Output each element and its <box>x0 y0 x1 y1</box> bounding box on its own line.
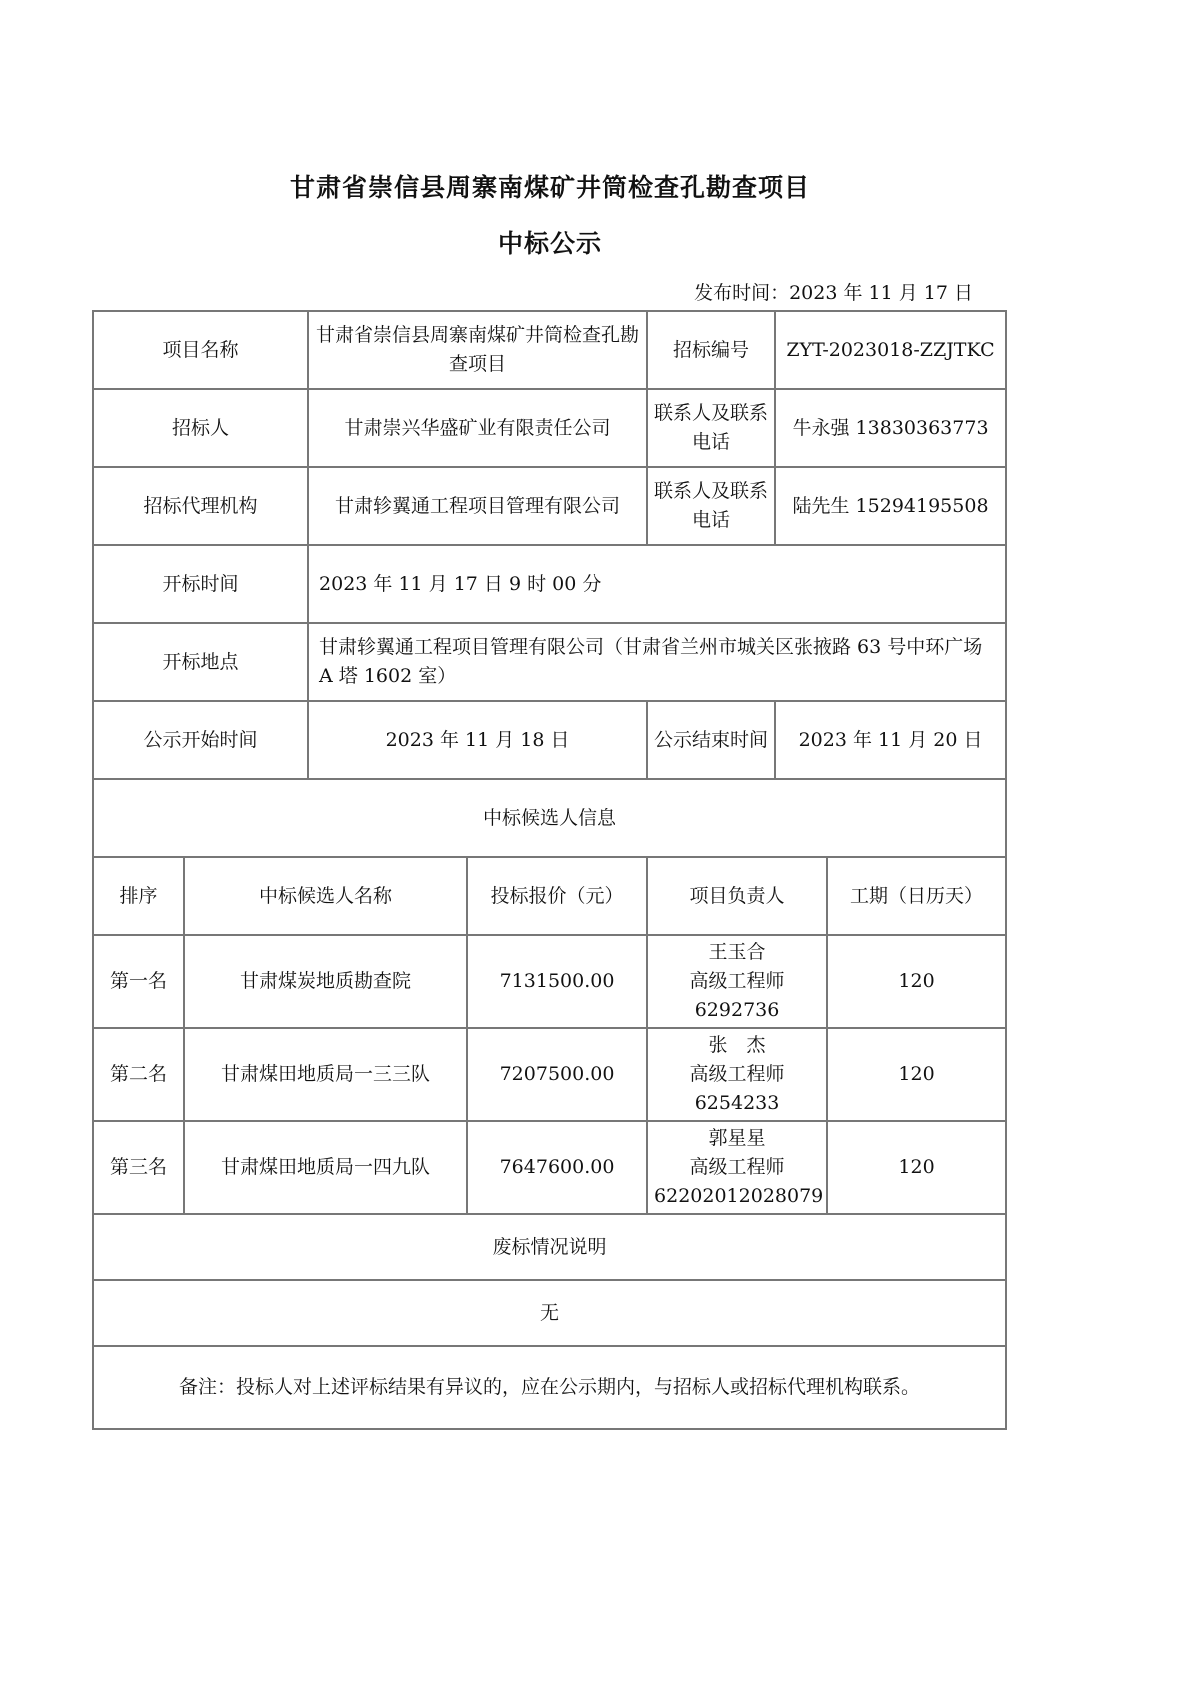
opening-place-value: 甘肃轸翼通工程项目管理有限公司（甘肃省兰州市城关区张掖路 63 号中环广场 A … <box>308 623 1006 701</box>
candidate-price: 7647600.00 <box>467 1121 647 1214</box>
header-bid-price: 投标报价（元） <box>467 857 647 935</box>
manager-title: 高级工程师 <box>654 967 820 996</box>
manager-name: 郭星星 <box>654 1124 820 1153</box>
candidate-manager: 王玉合 高级工程师 6292736 <box>647 935 827 1028</box>
candidate-duration: 120 <box>827 935 1006 1028</box>
candidates-header-row: 排序 中标候选人名称 投标报价（元） 项目负责人 工期（日历天） <box>93 857 1006 935</box>
publicity-start-label: 公示开始时间 <box>93 701 308 779</box>
row-rejection-value: 无 <box>93 1280 1006 1346</box>
agency-value: 甘肃轸翼通工程项目管理有限公司 <box>308 467 647 545</box>
candidate-rank: 第二名 <box>93 1028 184 1121</box>
candidate-rank: 第三名 <box>93 1121 184 1214</box>
agency-contact-value: 陆先生 15294195508 <box>775 467 1006 545</box>
project-name-label: 项目名称 <box>93 311 308 389</box>
candidate-row: 第一名 甘肃煤炭地质勘查院 7131500.00 王玉合 高级工程师 62927… <box>93 935 1006 1028</box>
note: 备注：投标人对上述评标结果有异议的，应在公示期内，与招标人或招标代理机构联系。 <box>93 1346 1006 1429</box>
manager-title: 高级工程师 <box>654 1060 820 1089</box>
publicity-end-label: 公示结束时间 <box>647 701 775 779</box>
candidate-manager: 张 杰 高级工程师 6254233 <box>647 1028 827 1121</box>
publicity-start-value: 2023 年 11 月 18 日 <box>308 701 647 779</box>
publicity-end-value: 2023 年 11 月 20 日 <box>775 701 1006 779</box>
document-title: 甘肃省崇信县周寨南煤矿井筒检查孔勘查项目 <box>0 168 1100 204</box>
candidate-price: 7207500.00 <box>467 1028 647 1121</box>
candidate-duration: 120 <box>827 1028 1006 1121</box>
rejection-value: 无 <box>93 1280 1006 1346</box>
row-opening-time: 开标时间 2023 年 11 月 17 日 9 时 00 分 <box>93 545 1006 623</box>
row-rejection-title: 废标情况说明 <box>93 1214 1006 1280</box>
agency-label: 招标代理机构 <box>93 467 308 545</box>
candidate-row: 第三名 甘肃煤田地质局一四九队 7647600.00 郭星星 高级工程师 622… <box>93 1121 1006 1214</box>
tenderer-contact-value: 牛永强 13830363773 <box>775 389 1006 467</box>
row-opening-place: 开标地点 甘肃轸翼通工程项目管理有限公司（甘肃省兰州市城关区张掖路 63 号中环… <box>93 623 1006 701</box>
candidate-manager: 郭星星 高级工程师 62202012028079 <box>647 1121 827 1214</box>
candidate-name: 甘肃煤田地质局一三三队 <box>184 1028 467 1121</box>
candidate-price: 7131500.00 <box>467 935 647 1028</box>
agency-contact-label: 联系人及联系电话 <box>647 467 775 545</box>
bid-result-table: 项目名称 甘肃省崇信县周寨南煤矿井筒检查孔勘查项目 招标编号 ZYT-20230… <box>92 310 1007 1430</box>
opening-time-label: 开标时间 <box>93 545 308 623</box>
row-project-name: 项目名称 甘肃省崇信县周寨南煤矿井筒检查孔勘查项目 招标编号 ZYT-20230… <box>93 311 1006 389</box>
manager-name: 王玉合 <box>654 938 820 967</box>
tenderer-contact-label: 联系人及联系电话 <box>647 389 775 467</box>
bid-number-label: 招标编号 <box>647 311 775 389</box>
opening-time-value: 2023 年 11 月 17 日 9 时 00 分 <box>308 545 1006 623</box>
header-candidate-name: 中标候选人名称 <box>184 857 467 935</box>
candidate-name: 甘肃煤田地质局一四九队 <box>184 1121 467 1214</box>
header-duration: 工期（日历天） <box>827 857 1006 935</box>
row-publicity-period: 公示开始时间 2023 年 11 月 18 日 公示结束时间 2023 年 11… <box>93 701 1006 779</box>
bid-number-value: ZYT-2023018-ZZJTKC <box>775 311 1006 389</box>
candidates-section-title: 中标候选人信息 <box>93 779 1006 857</box>
manager-title: 高级工程师 <box>654 1153 820 1182</box>
publish-date: 发布时间：2023 年 11 月 17 日 <box>694 278 973 305</box>
candidate-row: 第二名 甘肃煤田地质局一三三队 7207500.00 张 杰 高级工程师 625… <box>93 1028 1006 1121</box>
tenderer-value: 甘肃崇兴华盛矿业有限责任公司 <box>308 389 647 467</box>
manager-cert: 62202012028079 <box>654 1182 820 1211</box>
row-candidates-title: 中标候选人信息 <box>93 779 1006 857</box>
row-tenderer: 招标人 甘肃崇兴华盛矿业有限责任公司 联系人及联系电话 牛永强 13830363… <box>93 389 1006 467</box>
header-project-manager: 项目负责人 <box>647 857 827 935</box>
manager-cert: 6254233 <box>654 1089 820 1118</box>
project-name-value: 甘肃省崇信县周寨南煤矿井筒检查孔勘查项目 <box>308 311 647 389</box>
candidate-duration: 120 <box>827 1121 1006 1214</box>
header-rank: 排序 <box>93 857 184 935</box>
document-subtitle: 中标公示 <box>0 224 1100 260</box>
row-agency: 招标代理机构 甘肃轸翼通工程项目管理有限公司 联系人及联系电话 陆先生 1529… <box>93 467 1006 545</box>
candidate-name: 甘肃煤炭地质勘查院 <box>184 935 467 1028</box>
manager-cert: 6292736 <box>654 996 820 1025</box>
row-note: 备注：投标人对上述评标结果有异议的，应在公示期内，与招标人或招标代理机构联系。 <box>93 1346 1006 1429</box>
rejection-title: 废标情况说明 <box>93 1214 1006 1280</box>
manager-name: 张 杰 <box>654 1031 820 1060</box>
tenderer-label: 招标人 <box>93 389 308 467</box>
candidate-rank: 第一名 <box>93 935 184 1028</box>
opening-place-label: 开标地点 <box>93 623 308 701</box>
